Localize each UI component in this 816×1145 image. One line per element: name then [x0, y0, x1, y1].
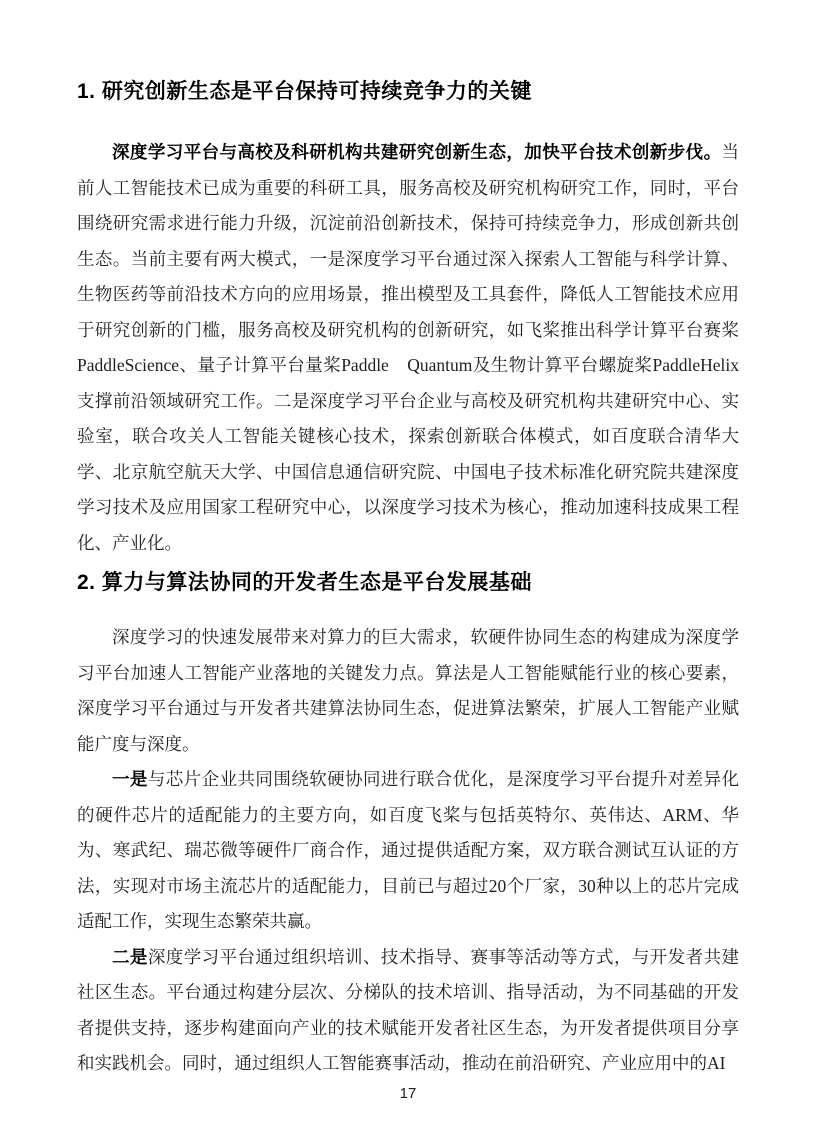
paragraph-text: 当前人工智能技术已成为重要的科研工具，服务高校及研究机构研究工作，同时，平台围绕…: [77, 142, 739, 553]
section-2-paragraph: 深度学习的快速发展带来对算力的巨大需求，软硬件协同生态的构建成为深度学习平台加速…: [77, 620, 739, 762]
paragraph-lead-bold: 深度学习平台与高校及科研机构共建研究创新生态，加快平台技术创新步伐。: [112, 142, 722, 162]
section-1-paragraph: 深度学习平台与高校及科研机构共建研究创新生态，加快平台技术创新步伐。当前人工智能…: [77, 135, 739, 561]
section-2-paragraph: 二是深度学习平台通过组织培训、技术指导、赛事等活动等方式，与开发者共建社区生态。…: [77, 940, 739, 1082]
paragraph-lead-bold: 二是: [112, 947, 148, 967]
page-number: 17: [0, 1085, 816, 1102]
section-2-heading: 2. 算力与算法协同的开发者生态是平台发展基础: [77, 569, 739, 596]
document-page: 1. 研究创新生态是平台保持可持续竞争力的关键 深度学习平台与高校及科研机构共建…: [0, 0, 816, 1145]
document-content: 1. 研究创新生态是平台保持可持续竞争力的关键 深度学习平台与高校及科研机构共建…: [77, 0, 739, 1082]
section-2-paragraph: 一是与芯片企业共同围绕软硬协同进行联合优化，是深度学习平台提升对差异化的硬件芯片…: [77, 762, 739, 940]
paragraph-text: 深度学习平台通过组织培训、技术指导、赛事等活动等方式，与开发者共建社区生态。平台…: [77, 947, 739, 1074]
section-1-heading: 1. 研究创新生态是平台保持可持续竞争力的关键: [77, 78, 739, 105]
paragraph-text: 与芯片企业共同围绕软硬协同进行联合优化，是深度学习平台提升对差异化的硬件芯片的适…: [77, 769, 739, 931]
paragraph-lead-bold: 一是: [112, 769, 148, 789]
paragraph-text: 深度学习的快速发展带来对算力的巨大需求，软硬件协同生态的构建成为深度学习平台加速…: [77, 627, 739, 754]
